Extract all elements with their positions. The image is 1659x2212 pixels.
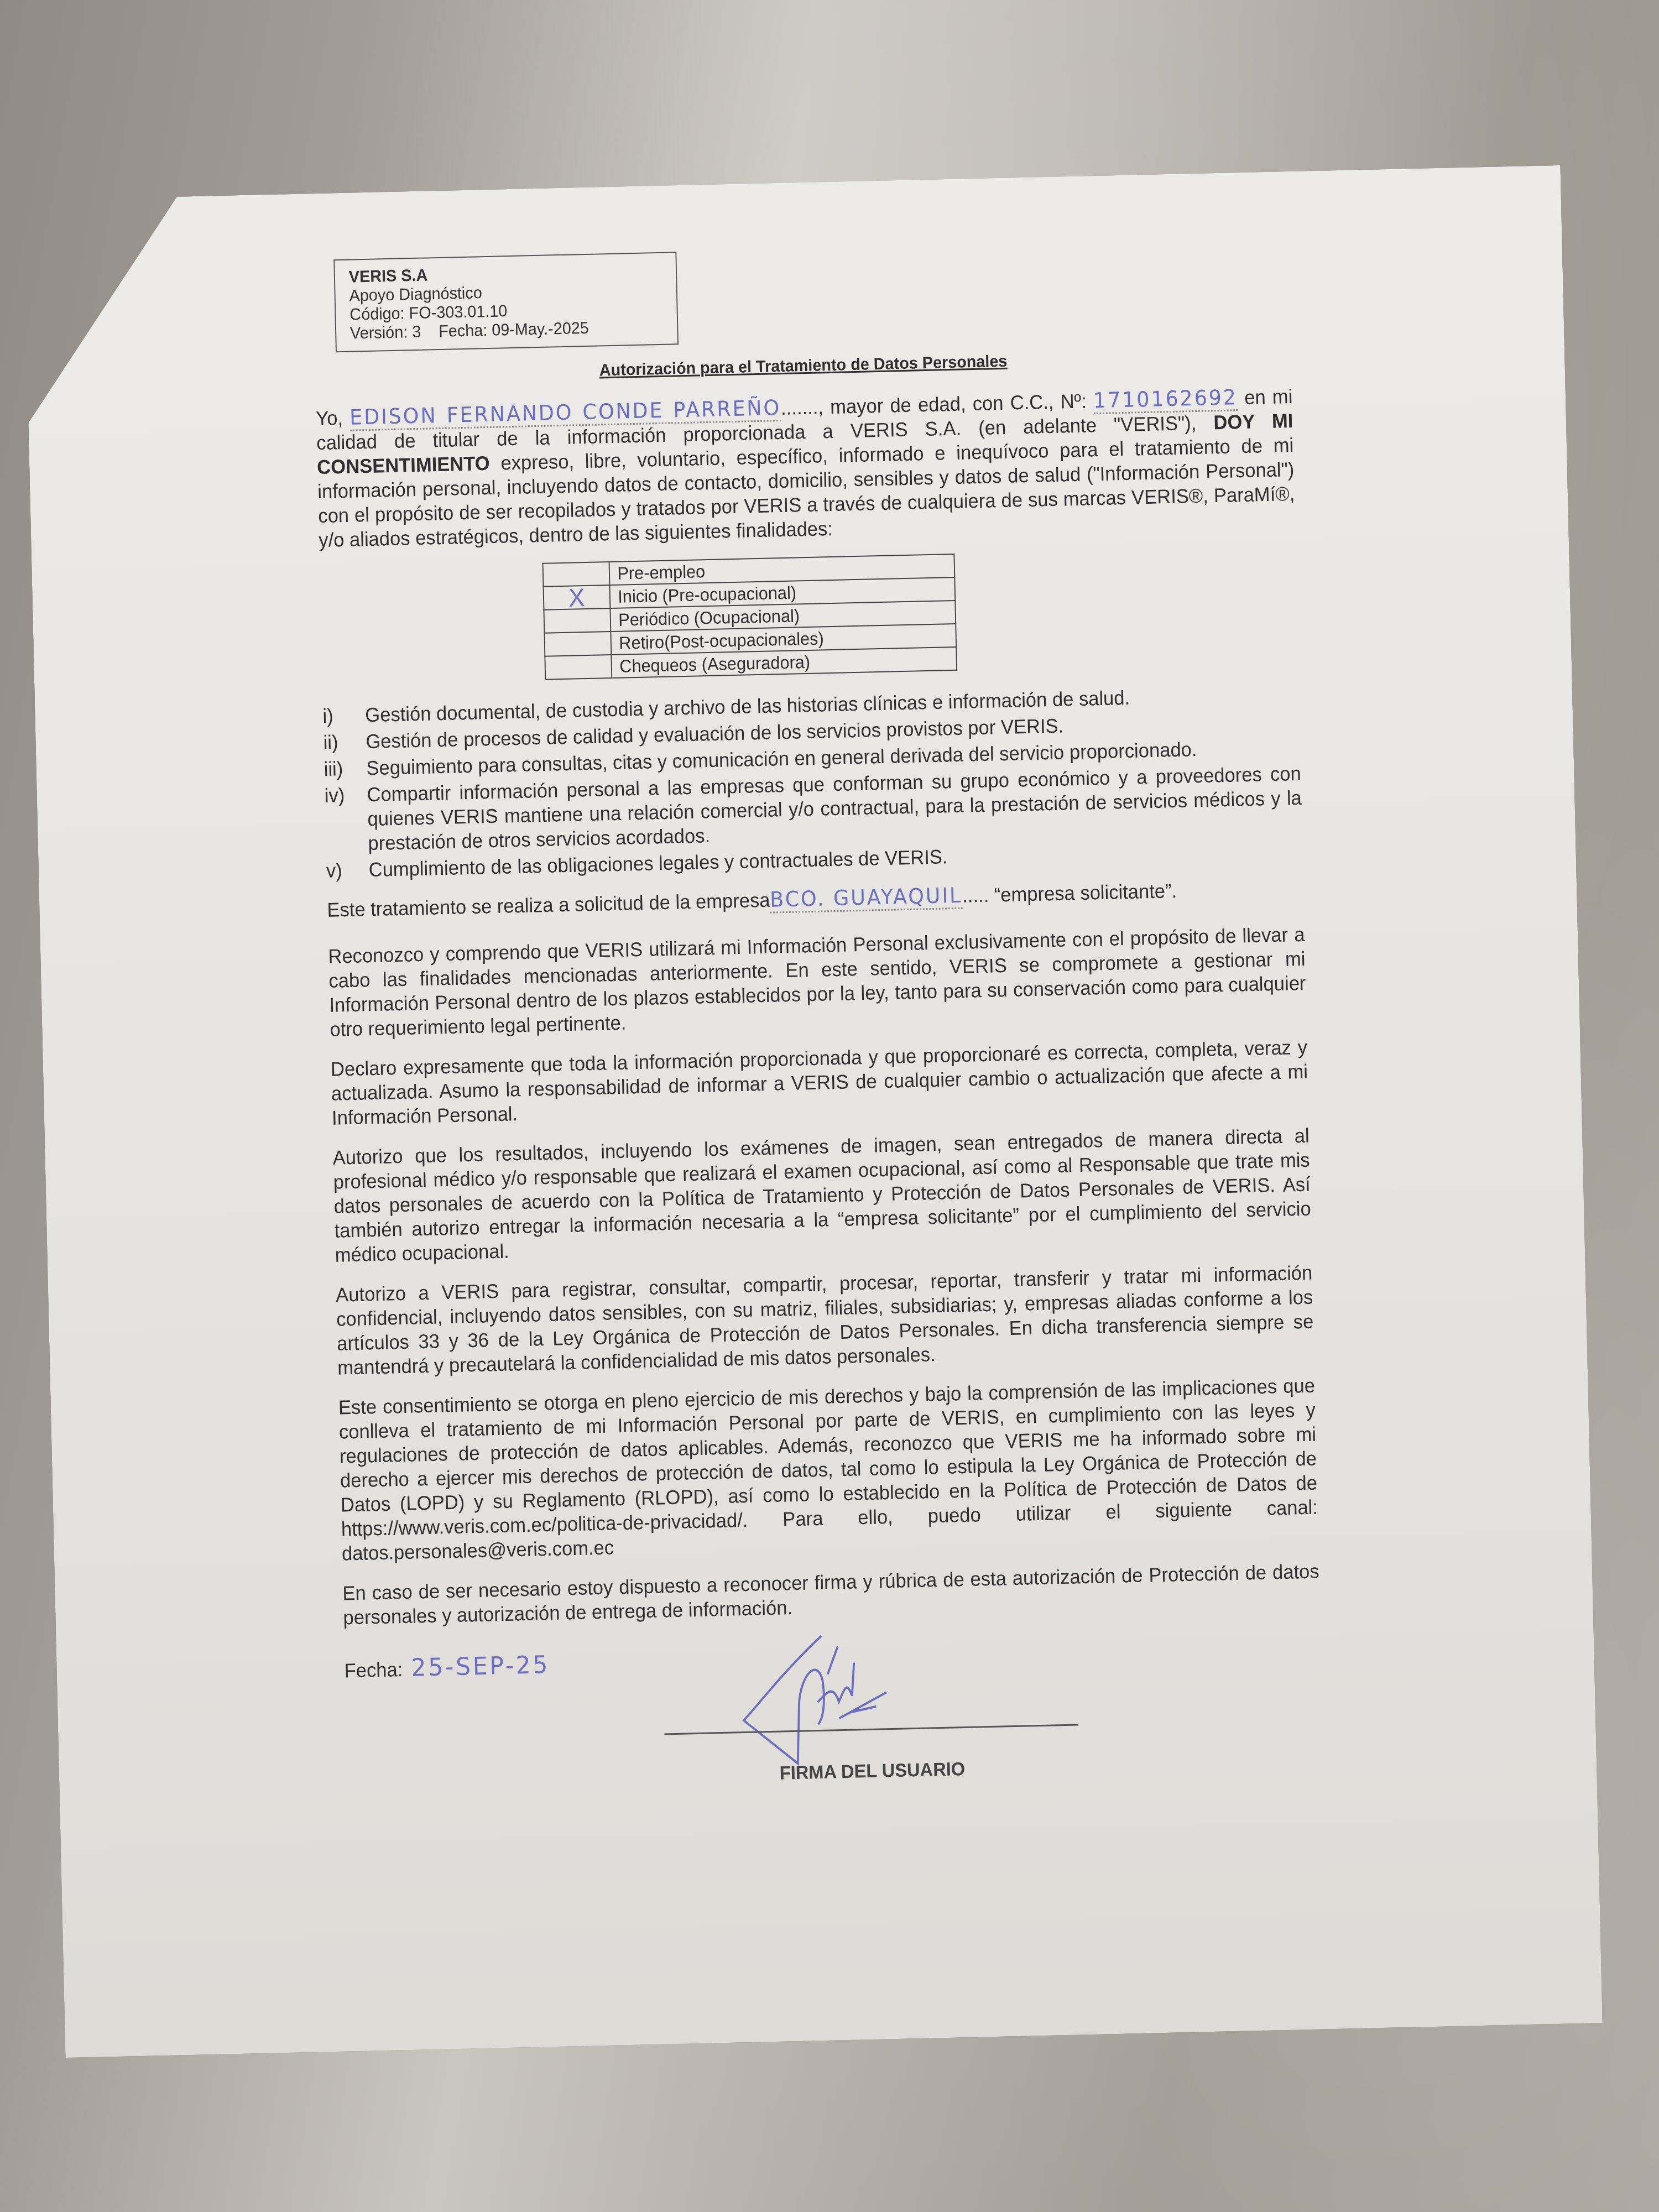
version: Versión: 3 — [350, 323, 421, 343]
purpose-number: i) — [322, 703, 366, 728]
body-paragraph: Este consentimiento se otorga en pleno e… — [338, 1374, 1318, 1566]
purpose-checkbox-table: Pre-empleoXInicio (Pre-ocupacional)Perió… — [542, 554, 958, 680]
body-paragraph: Declaro expresamente que toda la informa… — [331, 1035, 1309, 1130]
purpose-number: ii) — [323, 729, 366, 755]
document-content: VERIS S.A Apoyo Diagnóstico Código: FO-3… — [312, 238, 1324, 1801]
id-number-field[interactable]: 1710162692 — [1093, 385, 1238, 414]
purpose-checkbox[interactable] — [545, 655, 612, 680]
body-paragraph: Reconozco y comprendo que VERIS utilizar… — [328, 922, 1307, 1042]
signature-icon — [662, 1619, 1079, 1772]
body-paragraphs: Reconozco y comprendo que VERIS utilizar… — [328, 922, 1320, 1630]
body-paragraph: En caso de ser necesario estoy dispuesto… — [342, 1559, 1320, 1630]
purpose-number: v) — [326, 858, 369, 883]
purpose-checkbox[interactable] — [544, 632, 611, 656]
document-title: Autorización para el Tratamiento de Dato… — [315, 343, 1292, 389]
purposes-list: i)Gestión documental, de custodia y arch… — [322, 682, 1303, 883]
empresa-solicitante-field[interactable]: BCO. GUAYAQUIL — [770, 883, 963, 914]
intro-text-2: expreso, libre, voluntario, específico, … — [317, 434, 1295, 551]
purpose-checkbox[interactable]: X — [544, 585, 611, 610]
consent-form-paper: VERIS S.A Apoyo Diagnóstico Código: FO-3… — [23, 165, 1603, 2058]
yo-label: Yo, — [316, 406, 343, 430]
fecha-label: Fecha: — [344, 1658, 403, 1682]
signature-section: Fecha: 25-SEP-25 FIRMA DEL USUARIO — [344, 1635, 1324, 1801]
body-paragraph: Autorizo que los resultados, incluyendo … — [332, 1124, 1312, 1267]
signature-area[interactable]: FIRMA DEL USUARIO — [662, 1619, 1079, 1772]
fecha-field[interactable]: 25-SEP-25 — [411, 1651, 550, 1682]
purpose-checkbox[interactable] — [544, 608, 611, 633]
empresa-suffix: ..... “empresa solicitante”. — [962, 879, 1177, 907]
intro-paragraph: Yo, EDISON FERNANDO CONDE PARREÑO.......… — [316, 384, 1296, 552]
purpose-number: iv) — [324, 782, 368, 857]
purpose-number: iii) — [324, 756, 367, 781]
issue-date: Fecha: 09-May.-2025 — [439, 319, 589, 341]
empresa-line: Este tratamiento se realiza a solicitud … — [327, 875, 1304, 922]
document-header-box: VERIS S.A Apoyo Diagnóstico Código: FO-3… — [333, 252, 679, 352]
body-paragraph: Autorizo a VERIS para registrar, consult… — [336, 1261, 1314, 1380]
empresa-prefix: Este tratamiento se realiza a solicitud … — [327, 889, 770, 921]
